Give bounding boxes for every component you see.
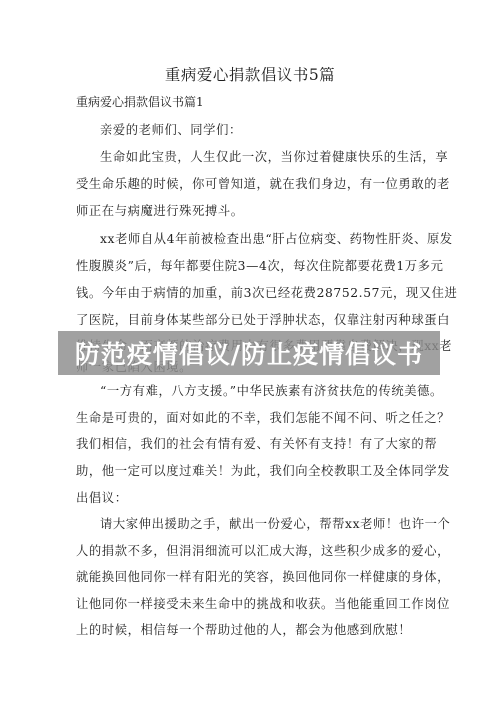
body-text-line: xx老师自从4年前被检查出患“肝占位病变、药物性肝炎、原发 bbox=[100, 229, 426, 247]
document-subtitle: 重病爱心捐款倡议书篇1 bbox=[76, 93, 204, 110]
body-text-line: “一方有难，八方支援。”中华民族素有济贫扶危的传统美德。 bbox=[100, 381, 426, 399]
document-title: 重病爱心捐款倡议书5篇 bbox=[0, 63, 500, 85]
overlay-banner: 防范疫情倡议/防止疫情倡议书 bbox=[58, 331, 440, 375]
body-text-line: 助，他一定可以度过难关！为此，我们向全校教职工及全体同学发 bbox=[76, 461, 426, 479]
body-text-line: 受生命乐趣的时候，你可曾知道，就在我们身边，有一位勇敢的老 bbox=[76, 174, 426, 192]
body-text-line: 让他同你一样接受未来生命中的挑战和收获。当他能重回工作岗位 bbox=[76, 594, 426, 612]
body-text-line: 亲爱的老师们、同学们： bbox=[100, 120, 426, 138]
body-text-line: 性腹膜炎”后，每年都要住院3—4次，每次住院都要花费1万多元 bbox=[76, 256, 426, 274]
body-text-line: 就能换回他同你一样有阳光的笑容，换回他同你一样健康的身体， bbox=[76, 567, 426, 585]
document-page: 重病爱心捐款倡议书5篇 重病爱心捐款倡议书篇1 亲爱的老师们、同学们：生命如此宝… bbox=[0, 0, 500, 706]
body-text-line: 了医院，目前身体某些部分已处于浮肿状态，仅靠注射丙种球蛋白 bbox=[76, 310, 426, 328]
overlay-banner-text: 防范疫情倡议/防止疫情倡议书 bbox=[75, 335, 423, 371]
body-text-line: 师正在与病魔进行殊死搏斗。 bbox=[76, 201, 426, 219]
body-text-line: 我们相信，我们的社会有情有爱、有关怀有支持！有了大家的帮 bbox=[76, 434, 426, 452]
body-text-line: 生命如此宝贵，人生仅此一次，当你过着健康快乐的生活，享 bbox=[100, 147, 426, 165]
body-text-line: 请大家伸出援助之手，献出一份爱心，帮帮xx老师！也许一个 bbox=[100, 514, 426, 532]
body-text-line: 钱。今年由于病情的加重，前3次已经花费28752.57元，现又住进 bbox=[76, 283, 426, 301]
body-text-line: 出倡议： bbox=[76, 488, 426, 506]
body-text-line: 上的时候，相信每一个帮助过他的人，都会为他感到欣慰！ bbox=[76, 620, 426, 638]
body-text-line: 人的捐款不多，但涓涓细流可以汇成大海，这些积少成多的爱心， bbox=[76, 541, 426, 559]
body-text-line: 生命是可贵的，面对如此的不幸，我们怎能不闻不问、听之任之？ bbox=[76, 408, 426, 426]
